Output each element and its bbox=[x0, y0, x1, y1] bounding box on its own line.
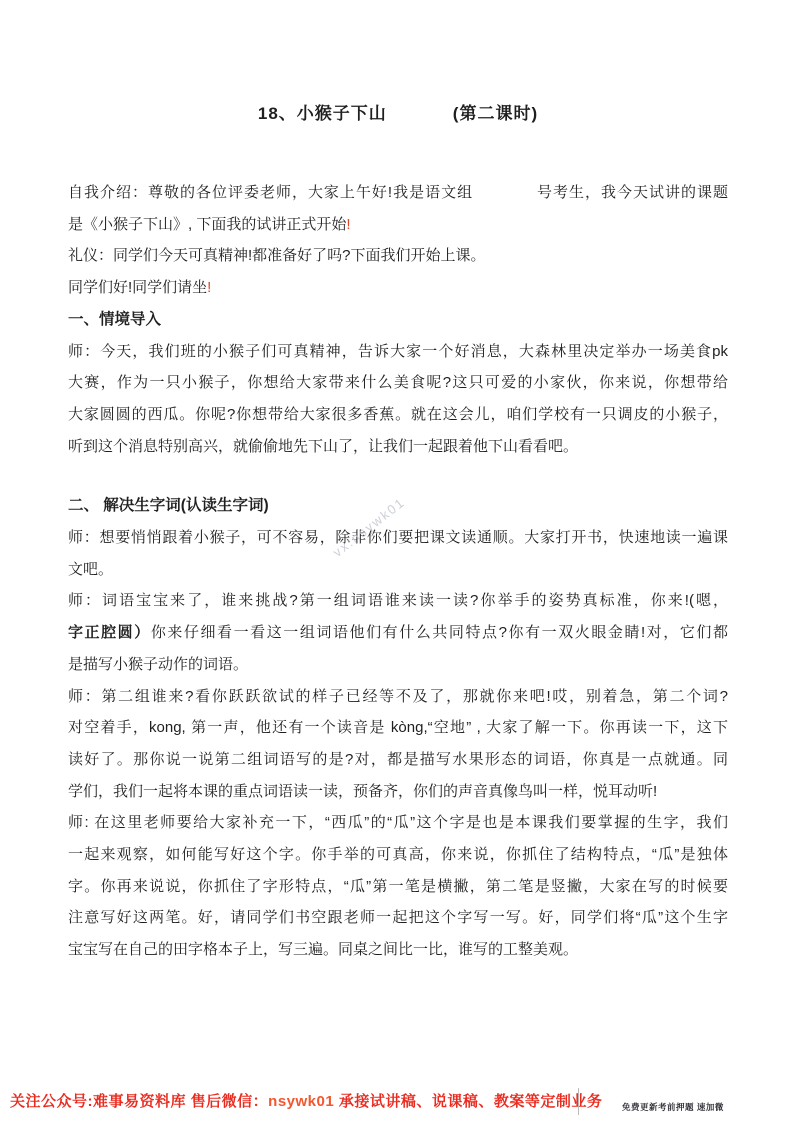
text-segment: 礼仪：同学们今天可真精神!都准备好了吗?下面我们开始上课。 bbox=[68, 247, 486, 264]
paragraph-spacer bbox=[68, 462, 728, 490]
document-page: 18、小猴子下山(第二课时) 自我介绍：尊敬的各位评委老师，大家上午好!我是语文… bbox=[0, 0, 794, 1122]
section-heading: 二、 解决生字词(认读生字词) bbox=[68, 490, 728, 522]
text-line: 自我介绍：尊敬的各位评委老师，大家上午好!我是语文组 号考生，我今天试讲的课题 bbox=[68, 177, 728, 209]
text-segment: 师：词语宝宝来了，谁来挑战?第一组词语谁来读一读?你举手的姿势真标准，你来!(嗯… bbox=[68, 592, 728, 609]
text-segment: 同学们好!同学们请坐 bbox=[68, 279, 207, 296]
text-segment: 二、 解决生字词(认读生字词) bbox=[68, 497, 269, 514]
text-segment: 师：第二组谁来?看你跃跃欲试的样子已经等不及了，那就你来吧!哎，别着急，第二个词… bbox=[68, 688, 728, 705]
text-line: 大赛，作为一只小猴子，你想给大家带来什么美食呢?这只可爱的小家伙，你来说，你想带… bbox=[68, 367, 728, 399]
text-line: 注意写好这两笔。好，请同学们书空跟老师一起把这个字写一写。好，同学们将“瓜”这个… bbox=[68, 902, 728, 934]
footer-note: 免费更新考前押题 速加微 bbox=[622, 1101, 724, 1113]
text-segment: 对空着手，kong, 第一声，他还有一个读音是 kòng,“空地” , 大家了解… bbox=[68, 719, 728, 736]
document-body: 自我介绍：尊敬的各位评委老师，大家上午好!我是语文组 号考生，我今天试讲的课题是… bbox=[68, 177, 728, 966]
text-line: 师：第二组谁来?看你跃跃欲试的样子已经等不及了，那就你来吧!哎，别着急，第二个词… bbox=[68, 681, 728, 713]
text-cursor bbox=[578, 1088, 579, 1115]
text-line: 师: 在这里老师要给大家补充一下，“西瓜”的“瓜”这个字是也是本课我们要掌握的生… bbox=[68, 807, 728, 839]
highlight-text: nsywk01 bbox=[268, 1093, 334, 1110]
footer-promo: 关注公众号:难事易资料库 售后微信：nsywk01 承接试讲稿、说课稿、教案等定… bbox=[10, 1090, 580, 1111]
text-line: 师：想要悄悄跟着小猴子，可不容易，除非你们要把课文读通顺。大家打开书，快速地读一… bbox=[68, 522, 728, 554]
text-line: 字。你再来说说，你抓住了字形特点，“瓜”第一笔是横撇，第二笔是竖撇，大家在写的时… bbox=[68, 871, 728, 903]
text-segment: 师：想要悄悄跟着小猴子，可不容易，除非你们要把课文读通顺。大家打开书，快速地读一… bbox=[68, 529, 728, 546]
text-segment: 一起来观察，如何能写好这个字。你手举的可真高，你来说，你抓住了结构特点，“瓜”是… bbox=[68, 846, 728, 863]
text-line: 文吧。 bbox=[68, 554, 728, 586]
text-segment: 字正腔圆） bbox=[68, 624, 151, 641]
text-segment: 读好了。那你说一说第二组词语写的是?对，都是描写水果形态的词语，你真是一点就通。… bbox=[68, 751, 728, 768]
text-line: 一起来观察，如何能写好这个字。你手举的可真高，你来说，你抓住了结构特点，“瓜”是… bbox=[68, 839, 728, 871]
text-line: 对空着手，kong, 第一声，他还有一个读音是 kòng,“空地” , 大家了解… bbox=[68, 712, 728, 744]
text-segment: 文吧。 bbox=[68, 561, 113, 578]
text-segment: 字。你再来说说，你抓住了字形特点，“瓜”第一笔是横撇，第二笔是竖撇，大家在写的时… bbox=[68, 878, 728, 895]
highlight-text: 承接试讲稿、说课稿、教案等定制业务 bbox=[334, 1093, 602, 1110]
text-line: 礼仪：同学们今天可真精神!都准备好了吗?下面我们开始上课。 bbox=[68, 240, 728, 272]
text-line: 听到这个消息特别高兴，就偷偷地先下山了，让我们一起跟着他下山看看吧。 bbox=[68, 431, 728, 463]
text-line: 同学们好!同学们请坐! bbox=[68, 272, 728, 304]
text-line: 是描写小猴子动作的词语。 bbox=[68, 649, 728, 681]
text-segment: 师：今天，我们班的小猴子们可真精神，告诉大家一个好消息，大森林里决定举办一场美食… bbox=[68, 343, 728, 360]
section-heading: 一、情境导入 bbox=[68, 304, 728, 336]
text-segment: 学们，我们一起将本课的重点词语读一读，预备齐，你们的声音真像鸟叫一样，悦耳动听! bbox=[68, 783, 657, 800]
text-segment: 大赛，作为一只小猴子，你想给大家带来什么美食呢?这只可爱的小家伙，你来说，你想带… bbox=[68, 374, 728, 391]
document-title: 18、小猴子下山(第二课时) bbox=[68, 103, 728, 125]
text-segment: 注意写好这两笔。好，请同学们书空跟老师一起把这个字写一写。好，同学们将“瓜”这个… bbox=[68, 909, 728, 926]
highlight-text: ! bbox=[346, 216, 350, 233]
text-segment: 宝宝写在自己的田字格本子上，写三遍。同桌之间比一比，谁写的工整美观。 bbox=[68, 941, 578, 958]
text-line: 宝宝写在自己的田字格本子上，写三遍。同桌之间比一比，谁写的工整美观。 bbox=[68, 934, 728, 966]
text-segment: 你来仔细看一看这一组词语他们有什么共同特点?你有一双火眼金睛!对，它们都 bbox=[151, 624, 728, 641]
title-main: 18、小猴子下山 bbox=[258, 104, 387, 123]
text-segment: 是《小猴子下山》, 下面我的试讲正式开始 bbox=[68, 216, 346, 233]
text-segment: 自我介绍：尊敬的各位评委老师，大家上午好!我是语文组 号考生，我今天试讲的课题 bbox=[68, 184, 728, 201]
text-line: 读好了。那你说一说第二组词语写的是?对，都是描写水果形态的词语，你真是一点就通。… bbox=[68, 744, 728, 776]
document-content: 18、小猴子下山(第二课时) 自我介绍：尊敬的各位评委老师，大家上午好!我是语文… bbox=[68, 103, 728, 966]
highlight-text: ! bbox=[207, 279, 211, 296]
text-segment: 听到这个消息特别高兴，就偷偷地先下山了，让我们一起跟着他下山看看吧。 bbox=[68, 438, 578, 455]
text-line: 字正腔圆）你来仔细看一看这一组词语他们有什么共同特点?你有一双火眼金睛!对，它们… bbox=[68, 617, 728, 649]
title-subtitle: (第二课时) bbox=[453, 104, 538, 123]
text-line: 是《小猴子下山》, 下面我的试讲正式开始! bbox=[68, 209, 728, 241]
text-segment: 大家圆圆的西瓜。你呢?你想带给大家很多香蕉。就在这会儿，咱们学校有一只调皮的小猴… bbox=[68, 406, 728, 423]
text-line: 学们，我们一起将本课的重点词语读一读，预备齐，你们的声音真像鸟叫一样，悦耳动听! bbox=[68, 776, 728, 808]
text-line: 师：今天，我们班的小猴子们可真精神，告诉大家一个好消息，大森林里决定举办一场美食… bbox=[68, 336, 728, 368]
text-segment: 一、情境导入 bbox=[68, 311, 161, 328]
text-segment: 师: 在这里老师要给大家补充一下，“西瓜”的“瓜”这个字是也是本课我们要掌握的生… bbox=[68, 814, 728, 831]
text-segment: 是描写小猴子动作的词语。 bbox=[68, 656, 248, 673]
highlight-text: 关注公众号:难事易资料库 售后微信： bbox=[10, 1093, 268, 1110]
text-line: 大家圆圆的西瓜。你呢?你想带给大家很多香蕉。就在这会儿，咱们学校有一只调皮的小猴… bbox=[68, 399, 728, 431]
text-line: 师：词语宝宝来了，谁来挑战?第一组词语谁来读一读?你举手的姿势真标准，你来!(嗯… bbox=[68, 585, 728, 617]
